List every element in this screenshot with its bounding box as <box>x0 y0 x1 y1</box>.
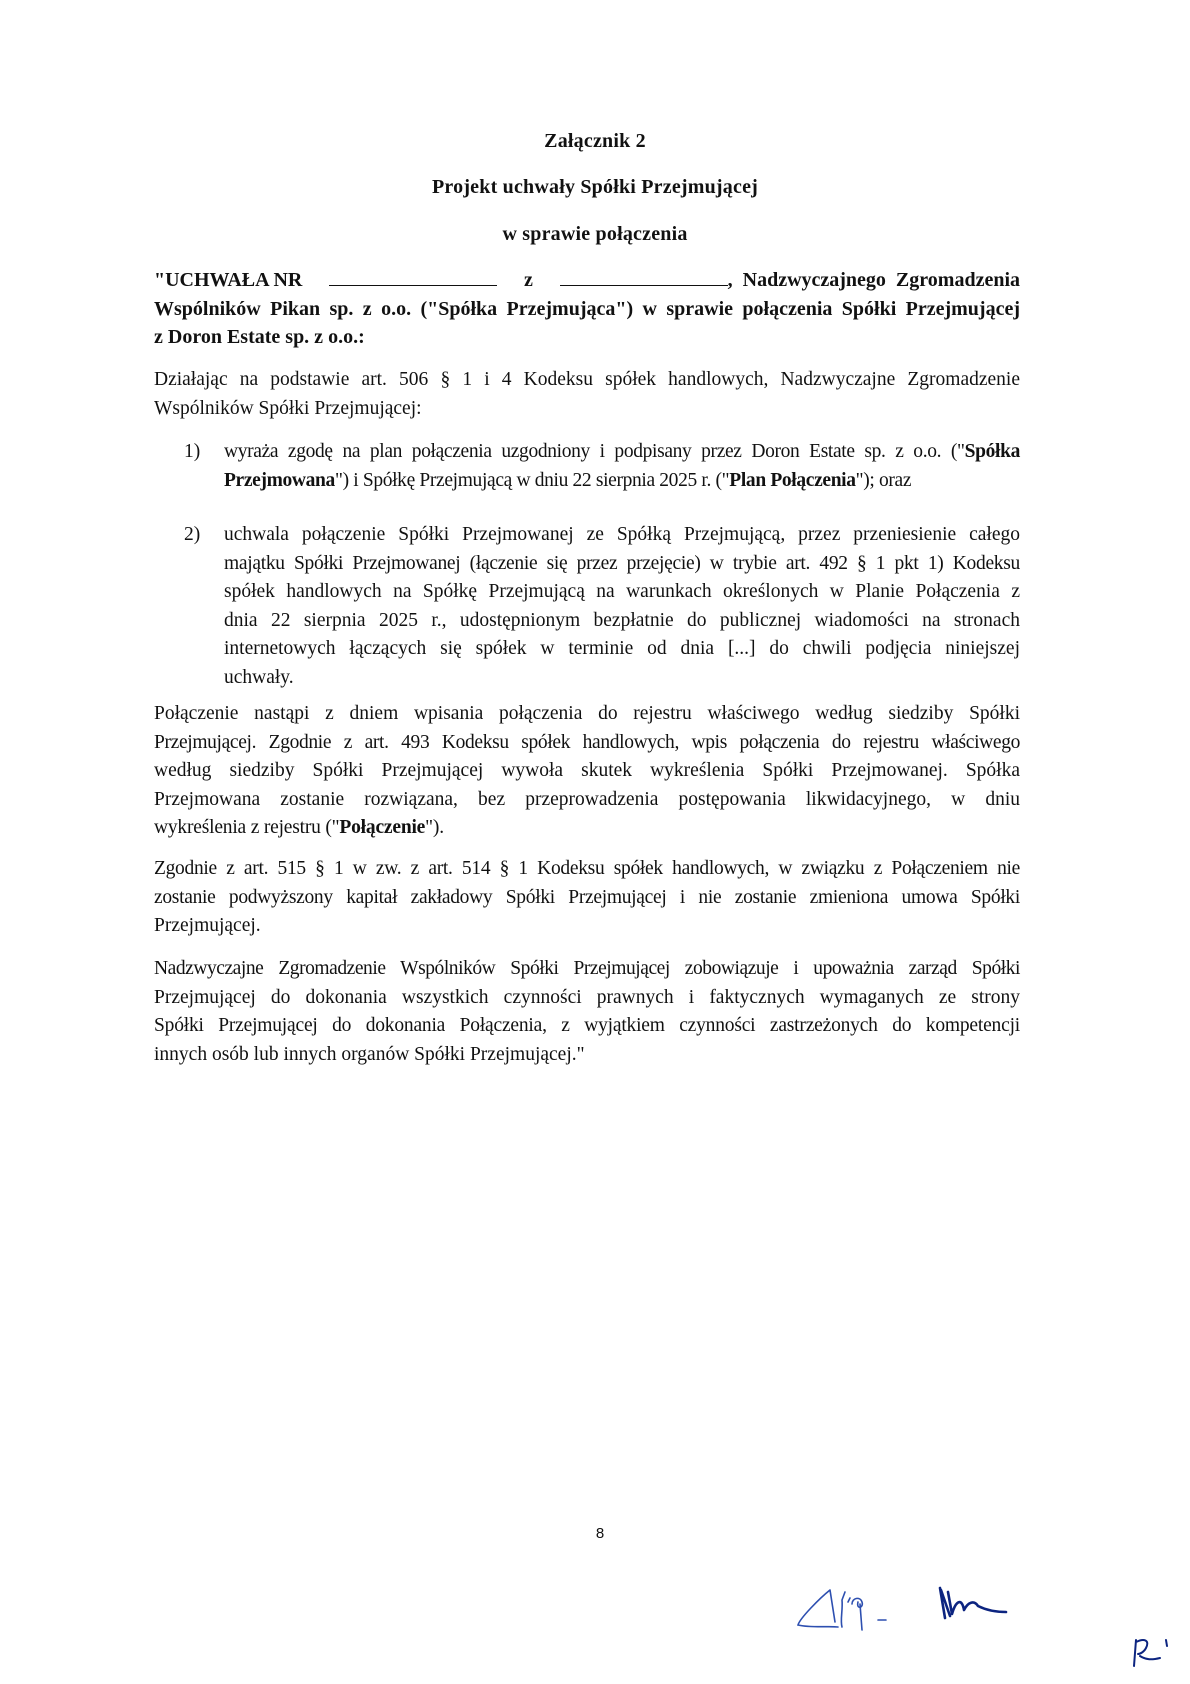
resolution-header-line-1: "UCHWAŁA NR z , Nadzwyczajnego Zgromadze… <box>154 266 1020 295</box>
list-item-number: 2) <box>184 521 200 550</box>
signature-1-icon <box>790 1580 1030 1640</box>
defined-term: Połączenie <box>339 817 425 838</box>
paragraph-line: Zgodnie z art. 515 § 1 w zw. z art. 514 … <box>154 855 1020 884</box>
resolution-header-line-2: Wspólników Pikan sp. z o.o. ("Spółka Prz… <box>154 295 1020 324</box>
list-line: uchwala połączenie Spółki Przejmowanej z… <box>224 521 1020 550</box>
resolution-body-label: , Nadzwyczajnego Zgromadzenia <box>728 266 1020 295</box>
list-text-fragment: "); oraz <box>856 470 912 491</box>
annex-title: Załącznik 2 <box>0 130 1190 153</box>
resolution-number-blank <box>329 267 497 286</box>
document-subtitle: Projekt uchwały Spółki Przejmującej <box>0 176 1190 199</box>
list-text-fragment: wyraża zgodę na plan połączenia uzgodnio… <box>224 441 965 462</box>
list-item-2: 2) uchwala połączenie Spółki Przejmowane… <box>184 521 1020 696</box>
paragraph-line: zostanie podwyższony kapitał zakładowy S… <box>154 884 1020 913</box>
paragraph-line: Nadzwyczajne Zgromadzenie Wspólników Spó… <box>154 955 1020 984</box>
list-text-fragment: ") i Spółkę Przejmującą w dniu 22 sierpn… <box>335 470 729 491</box>
list-line: spółek handlowych na Spółkę Przejmującą … <box>224 578 1020 607</box>
resolution-number-label: "UCHWAŁA NR <box>154 266 302 295</box>
page-number: 8 <box>0 1525 1190 1542</box>
paragraph-line: Przejmującej. <box>154 912 1020 941</box>
list-line: dnia 22 sierpnia 2025 r., udostępnionym … <box>224 607 1020 636</box>
defined-term: Przejmowana <box>224 470 335 491</box>
intro-paragraph: Działając na podstawie art. 506 § 1 i 4 … <box>154 366 1020 423</box>
authorization-paragraph: Nadzwyczajne Zgromadzenie Wspólników Spó… <box>154 955 1020 1069</box>
document-subtitle-2: w sprawie połączenia <box>0 223 1190 246</box>
resolution-header: "UCHWAŁA NR z , Nadzwyczajnego Zgromadze… <box>154 266 1020 352</box>
merger-paragraph: Połączenie nastąpi z dniem wpisania połą… <box>154 700 1020 843</box>
paragraph-fragment: "). <box>425 817 444 838</box>
capital-paragraph: Zgodnie z art. 515 § 1 w zw. z art. 514 … <box>154 855 1020 941</box>
resolution-date-blank <box>560 267 728 286</box>
paragraph-line: Przejmowana zostanie rozwiązana, bez prz… <box>154 786 1020 815</box>
paragraph-line: Przejmującej do dokonania wszystkich czy… <box>154 984 1020 1013</box>
list-line: majątku Spółki Przejmowanej (łączenie si… <box>224 550 1020 579</box>
list-item-1: 1) wyraża zgodę na plan połączenia uzgod… <box>184 438 1020 498</box>
list-line: internetowych łączących się spółek w ter… <box>224 635 1020 664</box>
resolution-header-line-3: z Doron Estate sp. z o.o.: <box>154 323 1020 352</box>
paragraph-line: według siedziby Spółki Przejmującej wywo… <box>154 757 1020 786</box>
signature-2-icon <box>1130 1636 1180 1676</box>
paragraph-line: innych osób lub innych organów Spółki Pr… <box>154 1041 1020 1070</box>
paragraph-line: Połączenie nastąpi z dniem wpisania połą… <box>154 700 1020 729</box>
intro-line: Wspólników Spółki Przejmującej: <box>154 395 1020 424</box>
list-line: uchwały. <box>224 664 1020 693</box>
intro-line: Działając na podstawie art. 506 § 1 i 4 … <box>154 366 1020 395</box>
paragraph-fragment: wykreślenia z rejestru (" <box>154 817 339 838</box>
list-item-text: uchwala połączenie Spółki Przejmowanej z… <box>224 521 1020 692</box>
resolution-date-label: z <box>524 266 533 295</box>
paragraph-line: Spółki Przejmującej do dokonania Połącze… <box>154 1012 1020 1041</box>
list-item-number: 1) <box>184 438 200 467</box>
paragraph-line: wykreślenia z rejestru ("Połączenie"). <box>154 814 1020 843</box>
list-item-text: wyraża zgodę na plan połączenia uzgodnio… <box>224 438 1020 495</box>
paragraph-line: Przejmującej. Zgodnie z art. 493 Kodeksu… <box>154 729 1020 758</box>
defined-term: Plan Połączenia <box>729 470 855 491</box>
document-page: Załącznik 2 Projekt uchwały Spółki Przej… <box>0 0 1190 1684</box>
defined-term: Spółka <box>965 441 1020 462</box>
